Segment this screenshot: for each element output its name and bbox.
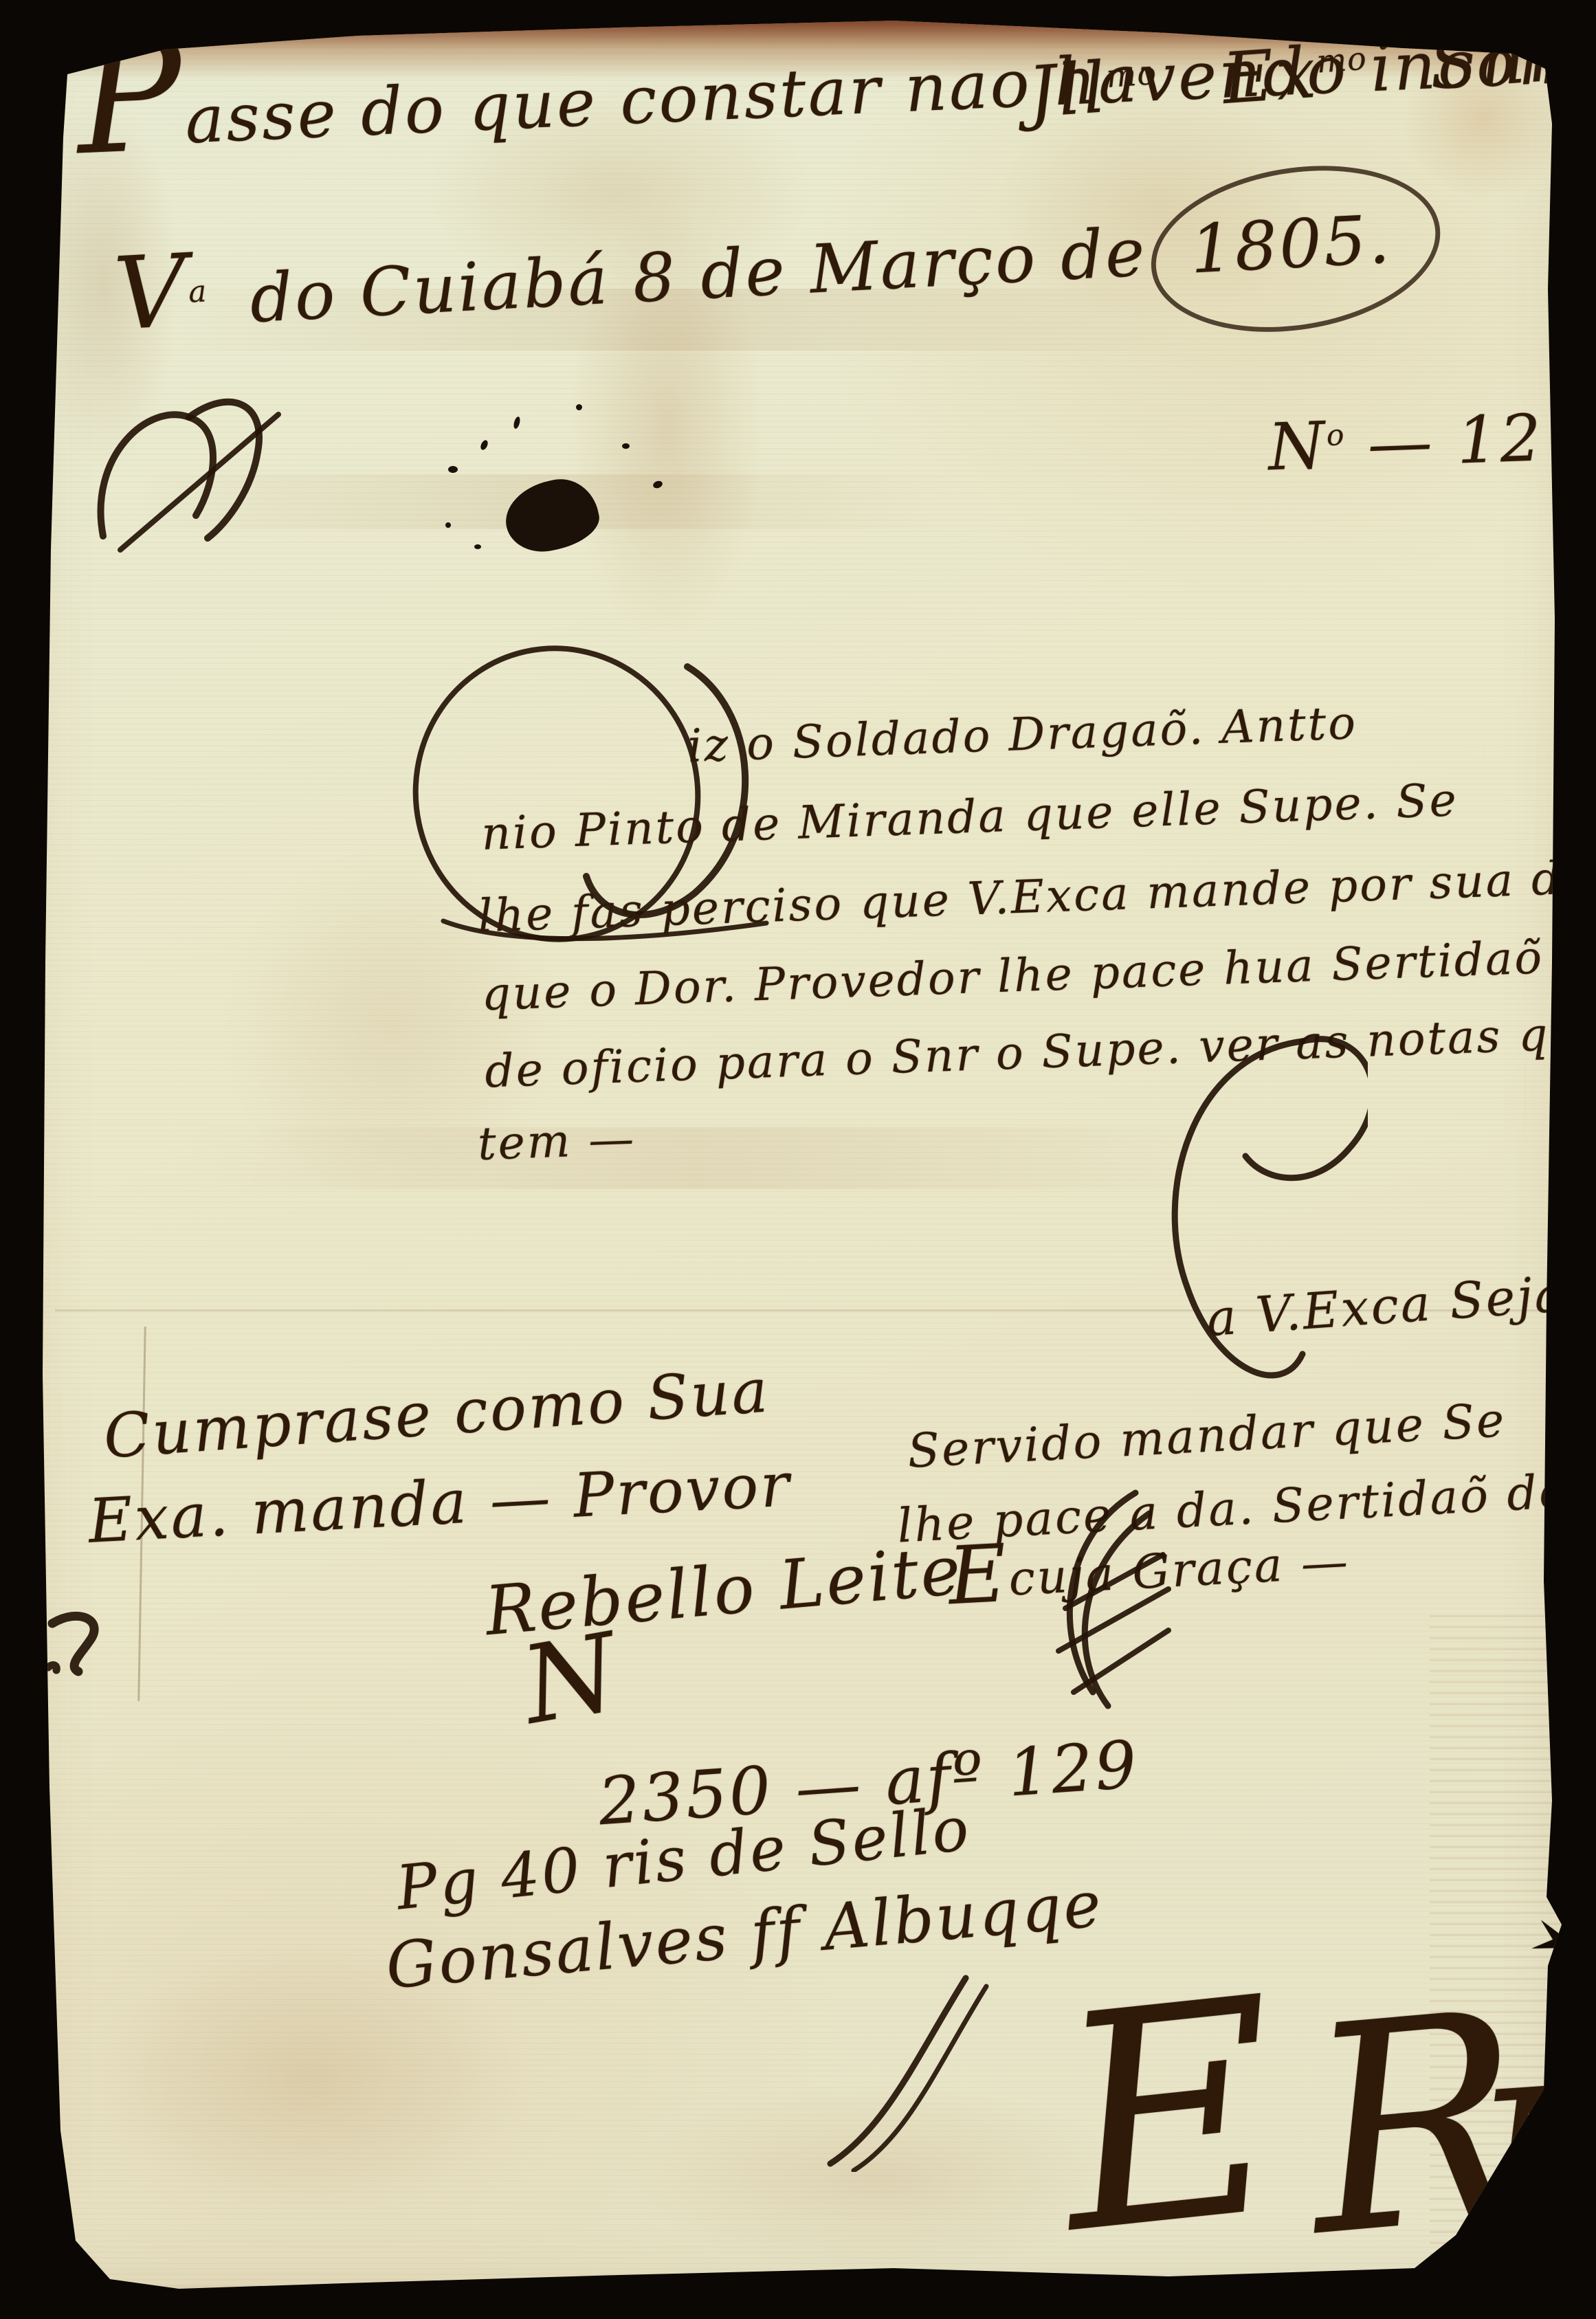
closing-erm-letter: M (1465, 2030, 1596, 2310)
ink-spatter (513, 416, 521, 429)
place-initial: V (111, 233, 192, 353)
despacho-line: Cumprase como Sua (102, 1355, 772, 1472)
ink-spatter (474, 544, 481, 549)
petition-line: tem — (477, 1112, 637, 1170)
pass-line: Passe do que constar nao havendo inconve… (76, 9, 1596, 164)
closing-erm-letter: E (1045, 1935, 1295, 2299)
ink-spatter (576, 404, 582, 410)
ink-spatter (448, 466, 458, 473)
manuscript-page: Jllmo Exmo Snr. Passe do que constar nao… (0, 0, 1596, 2319)
petition-line: de oficio para o Snr o Supe. ver as nota… (484, 1006, 1596, 1098)
year-text: 1805. (1188, 200, 1393, 288)
pass-initial: P (73, 3, 188, 190)
ink-spatter (445, 522, 451, 528)
scanned-manuscript: { "colors":{ "scan_background":"#0b0704"… (0, 0, 1596, 2319)
place-date-line: Va do Cuiabá 8 de Março de 1805. (111, 170, 1394, 353)
docket-value: — 12 — (1366, 398, 1596, 482)
prayer-p-flourish (1072, 1010, 1368, 1430)
governor-rubric (82, 375, 309, 560)
ink-spatter (479, 439, 489, 451)
pass-text: asse do que constar nao havendo inconven… (184, 9, 1596, 159)
year: 1805. (1188, 200, 1393, 288)
star-ink-mark: ✶ (1515, 1890, 1596, 1999)
docket-sup: o (1326, 418, 1345, 452)
ink-spatter (622, 443, 630, 449)
left-edge-ink-mark (40, 1601, 122, 1684)
toned-bottom-edge (0, 2285, 1596, 2319)
place-sup: a (188, 274, 208, 309)
toned-right-edge (1575, 0, 1596, 2319)
signature-rubric (962, 1471, 1175, 1725)
stain (179, 1127, 1210, 1189)
petition-line: iz o Soldado Dragaõ. Antto (687, 696, 1358, 773)
registry-signature-swash (790, 1966, 1010, 2172)
ink-spatter (652, 480, 664, 489)
docket-n: N (1267, 408, 1328, 485)
docket-number: No — 12 — (1267, 398, 1596, 485)
place-text: do Cuiabá 8 de Março de (248, 213, 1149, 337)
toned-left-edge (0, 0, 18, 2319)
ink-blot (499, 472, 604, 559)
